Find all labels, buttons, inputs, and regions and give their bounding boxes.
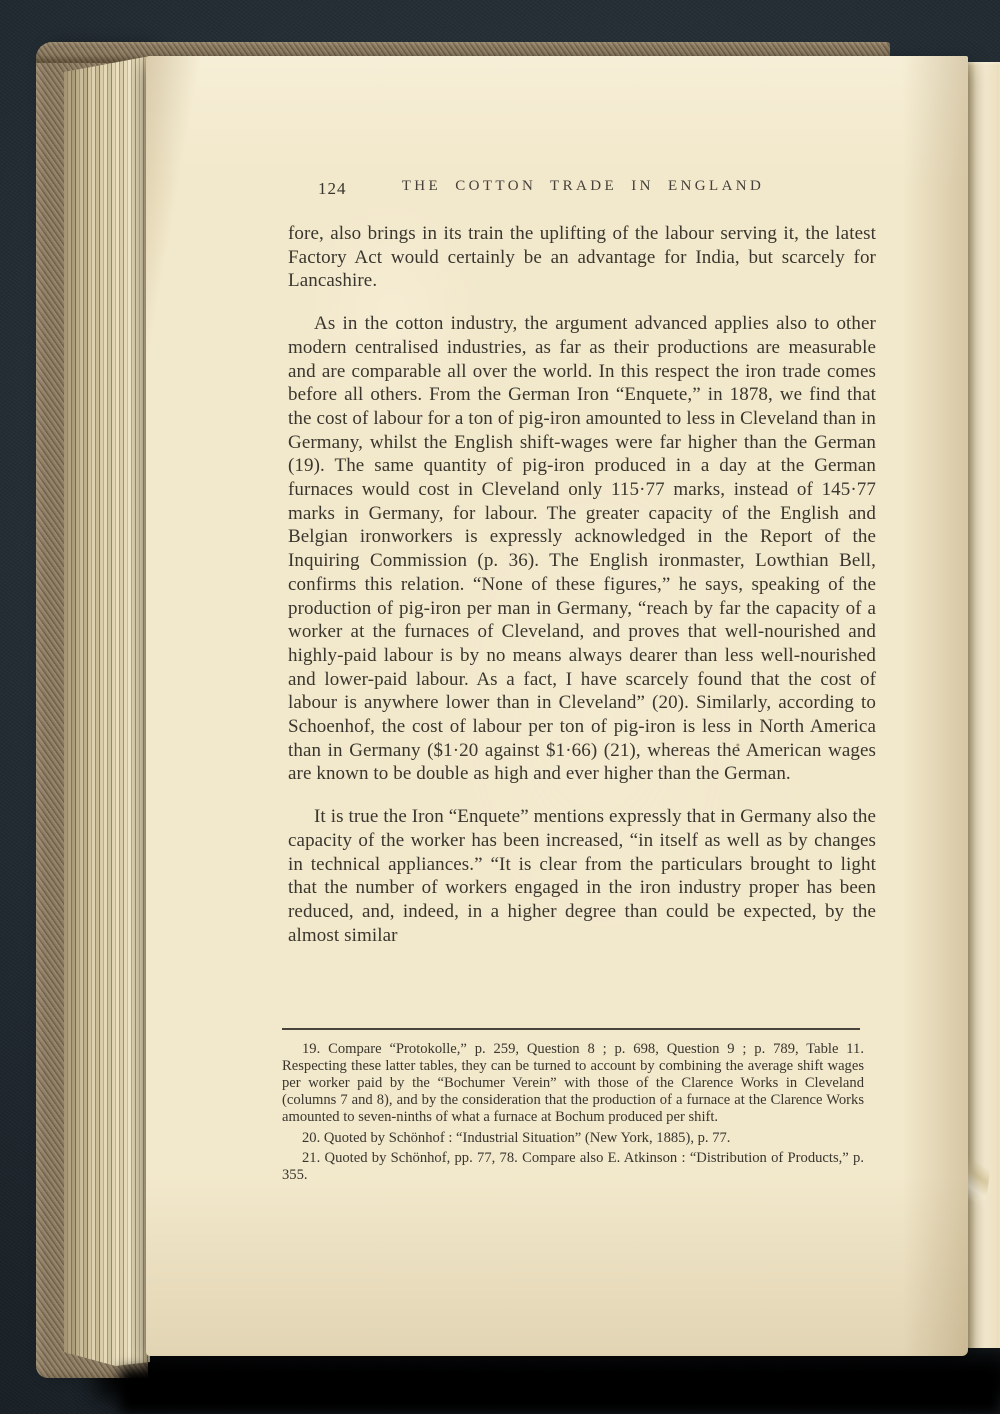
- footnote: 19. Compare “Protokolle,” p. 259, Questi…: [282, 1041, 864, 1126]
- paragraph: It is true the Iron “Enquete” mentions e…: [288, 805, 876, 947]
- paragraph: fore, also brings in its train the uplif…: [288, 222, 876, 293]
- body-text: fore, also brings in its train the uplif…: [288, 222, 876, 966]
- footnote: 20. Quoted by Schönhof : “Industrial Sit…: [282, 1130, 864, 1147]
- photo-background: 124 THE COTTON TRADE IN ENGLAND fore, al…: [0, 0, 1000, 1414]
- paragraph: As in the cotton industry, the argument …: [288, 312, 876, 786]
- page-header: 124 THE COTTON TRADE IN ENGLAND: [288, 178, 878, 200]
- fanned-page-edges: [64, 54, 150, 1366]
- footnote-divider: [282, 1028, 860, 1030]
- footnotes: 19. Compare “Protokolle,” p. 259, Questi…: [282, 1028, 864, 1188]
- running-title: THE COTTON TRADE IN ENGLAND: [288, 178, 878, 195]
- page-number: 124: [318, 179, 347, 199]
- footnote: 21. Quoted by Schönhof, pp. 77, 78. Comp…: [282, 1150, 864, 1184]
- book-page: 124 THE COTTON TRADE IN ENGLAND fore, al…: [146, 56, 968, 1356]
